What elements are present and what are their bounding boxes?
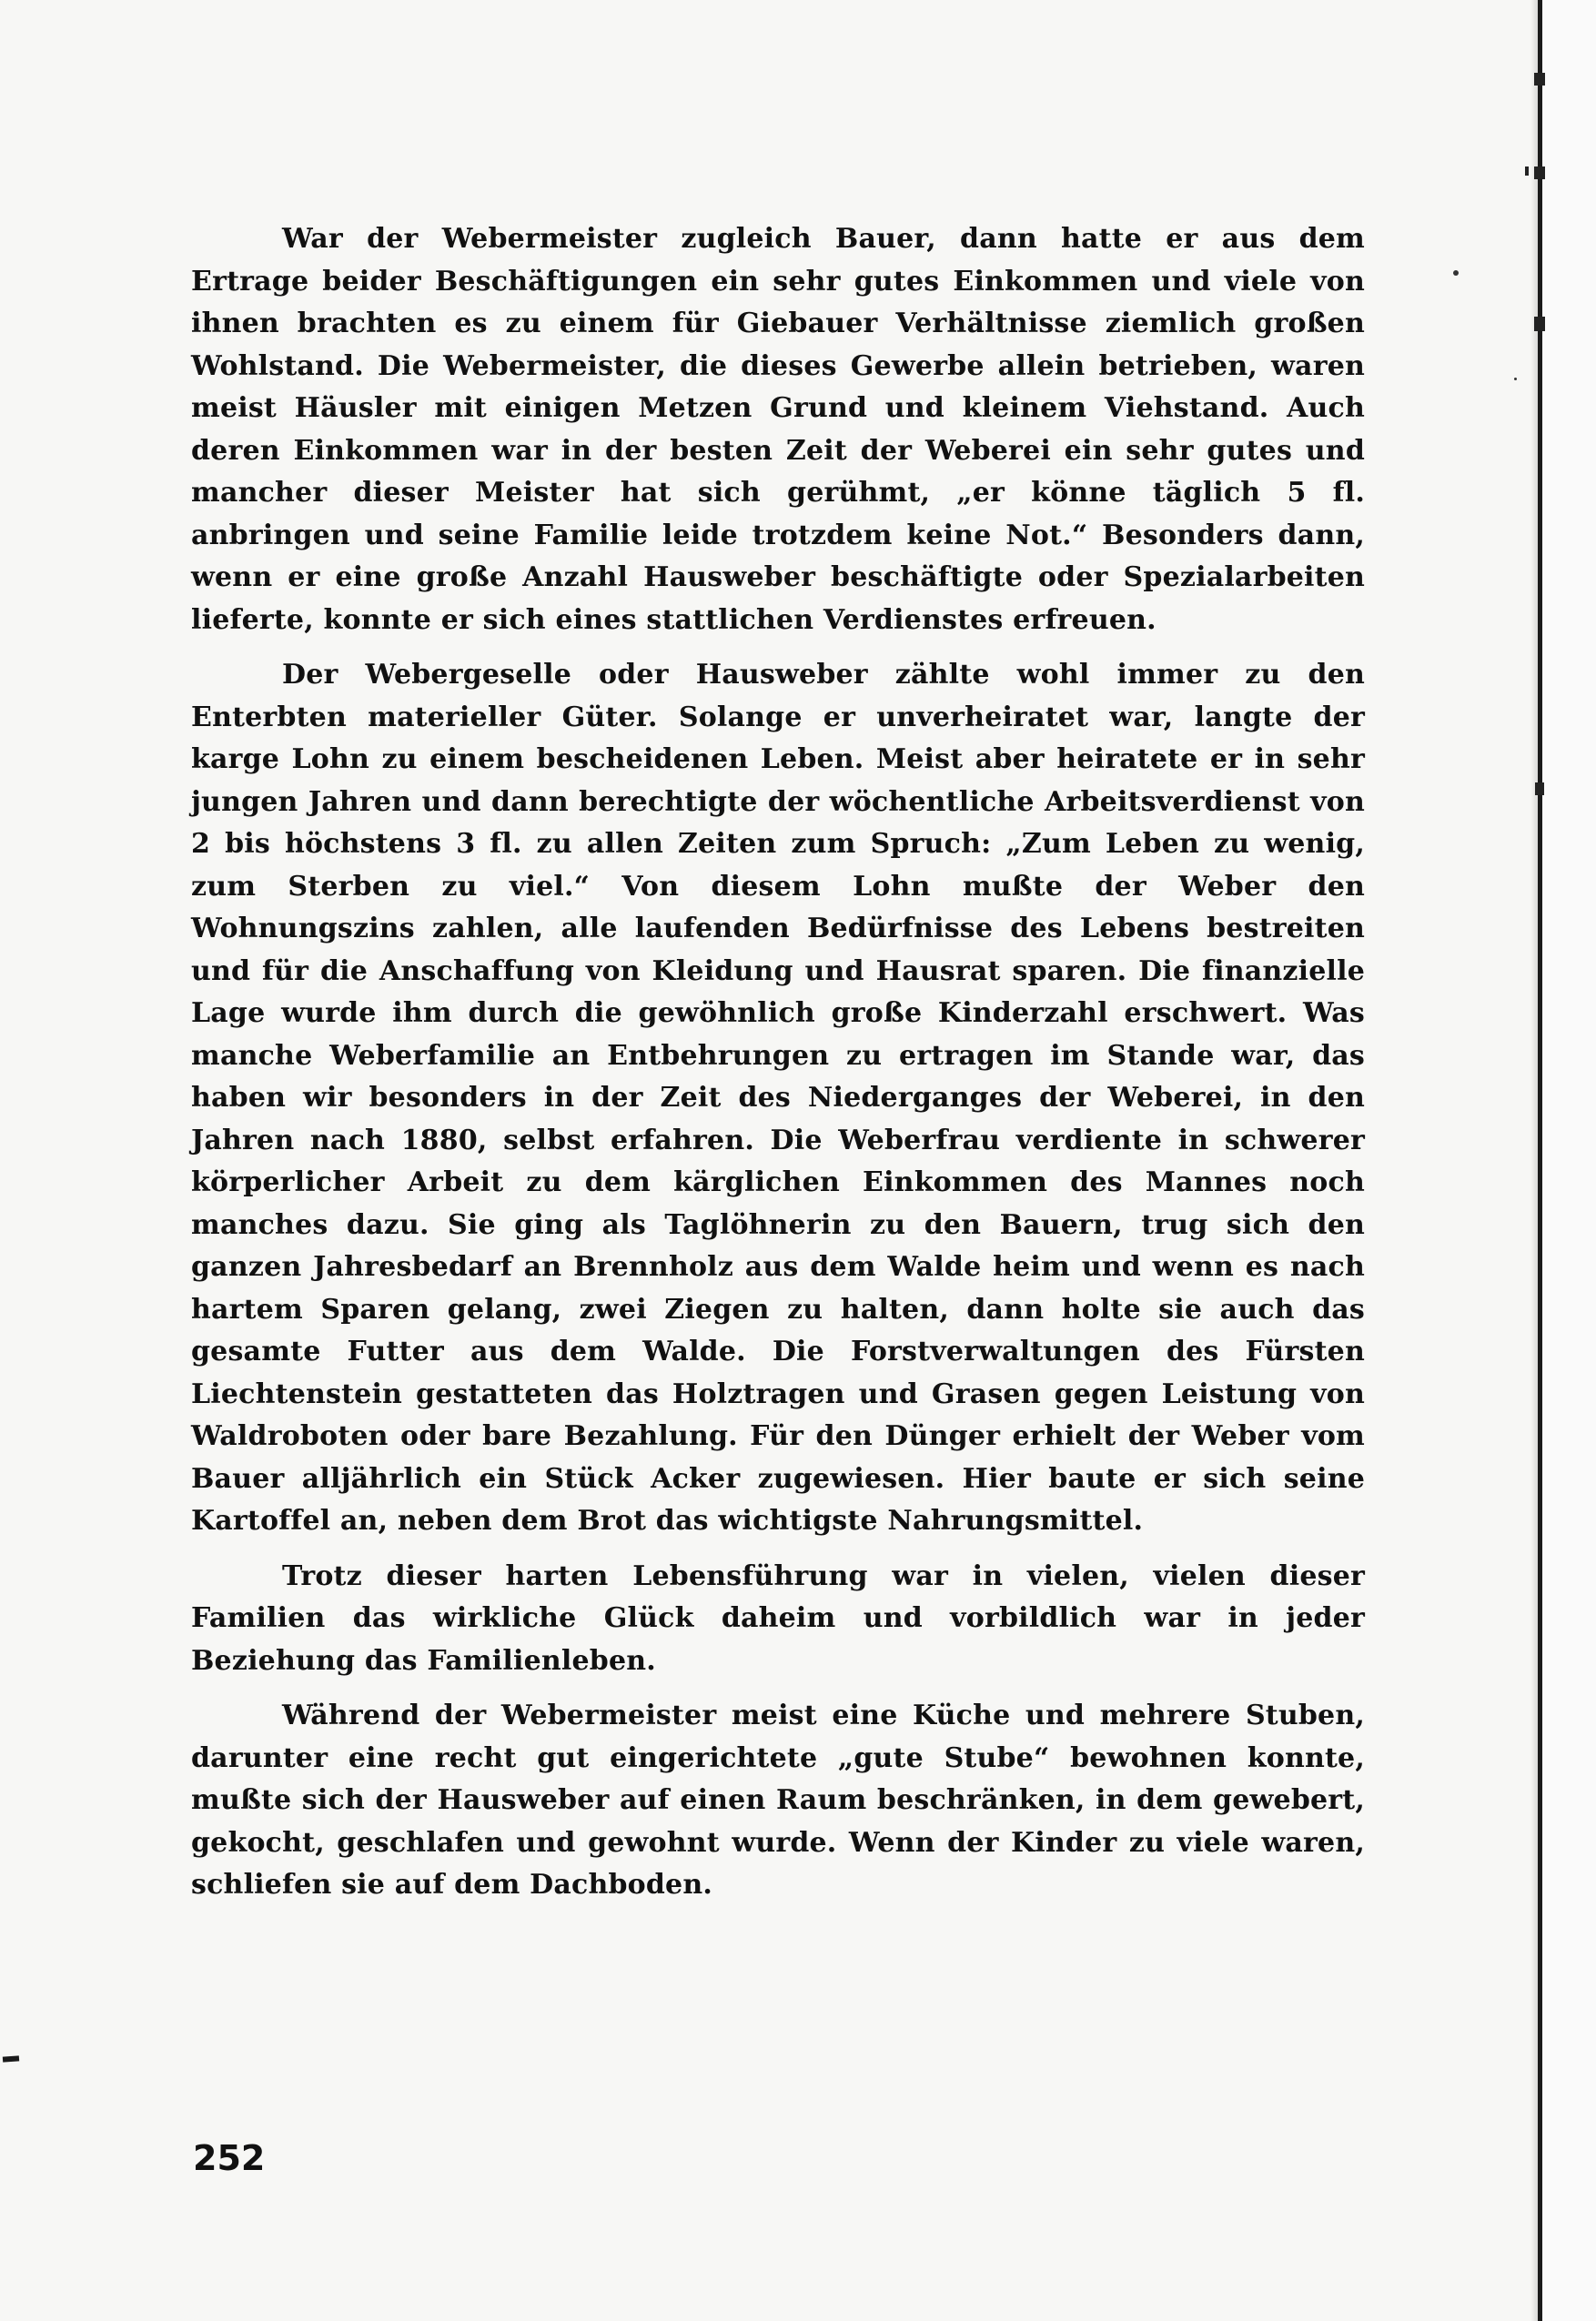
page-number: 252: [193, 2138, 265, 2178]
paragraph-2: Der Webergeselle oder Hausweber zählte w…: [191, 654, 1365, 1543]
margin-mark: [3, 2055, 19, 2062]
paper-speck: [1453, 270, 1459, 276]
edge-mark: [1534, 73, 1545, 86]
adjacent-page-strip: [1542, 0, 1596, 2321]
paper-speck: [1514, 378, 1517, 380]
paragraph-3: Trotz dieser harten Lebensführung war in…: [191, 1556, 1365, 1683]
paragraph-1: War der Webermeister zugleich Bauer, dan…: [191, 218, 1365, 641]
edge-mark: [1534, 317, 1545, 331]
edge-mark: [1534, 167, 1545, 179]
page-edge-shadow: [1530, 0, 1538, 2321]
edge-mark: [1535, 782, 1544, 795]
edge-mark: [1525, 167, 1529, 176]
page-edge-line: [1538, 0, 1542, 2321]
page-body-text: War der Webermeister zugleich Bauer, dan…: [191, 218, 1365, 1920]
paragraph-4: Während der Webermeister meist eine Küch…: [191, 1695, 1365, 1907]
